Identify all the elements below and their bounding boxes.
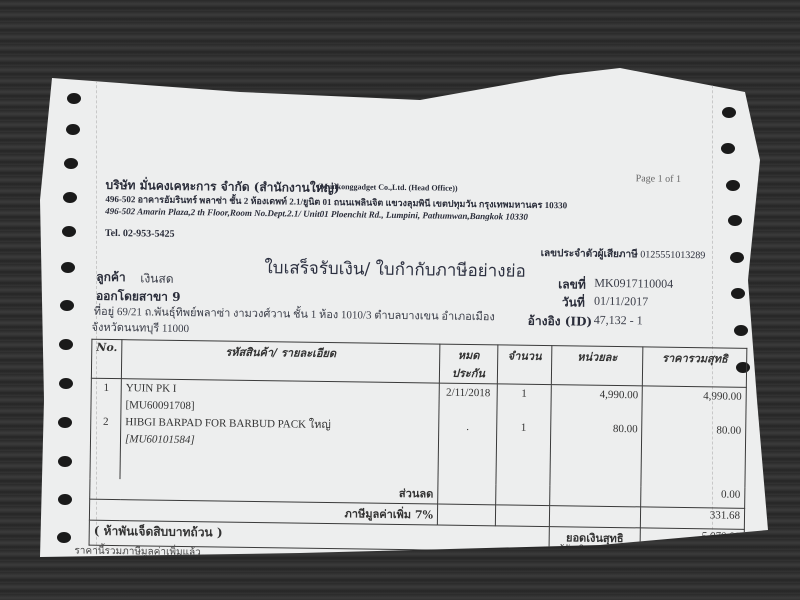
net-total-value: 5,070.00 [640,528,744,554]
date-label: วันที่ [562,293,585,312]
col-warranty: หมดประกัน [439,344,497,384]
items-table: No. รหัสสินค้า/ รายละเอียด หมดประกัน จำน… [89,339,748,555]
col-no: No. [91,339,122,378]
vat-included-note: ราคานี้รวมภาษีมูลค่าเพิ่มแล้ว [74,543,201,560]
no-cell: 1 2 [90,378,121,479]
row-2-qty: 1 [501,419,546,437]
checked-by-label: ผู้รับเงิน [700,540,733,555]
table-body: 1 2 YUIN PK I [MU60091708] HIBGI BARPAD … [90,378,746,488]
received-by-label: ผู้รับเงิน [558,542,591,557]
doc-number-label: เลขที่ [558,275,586,294]
page-indicator: Page 1 of 1 [636,173,681,185]
col-qty: จำนวน [497,345,551,385]
receipt-paper: Page 1 of 1 บริษัท มั่นคงเคหะการ จำกัด (… [0,0,800,600]
row-2-unit-price: 80.00 [555,420,638,438]
date-value: 01/11/2017 [594,294,648,310]
doc-number-value: MK0917110004 [594,276,673,292]
vat-value: 331.68 [641,507,745,529]
row-2-amount: 80.00 [647,421,742,439]
discount-value: 0.00 [641,486,745,508]
row-1-amount: 4,990.00 [647,387,742,405]
company-name-en: (Munkonggadget Co.,Ltd. (Head Office)) [318,182,458,193]
row-2-warranty: . [443,419,492,437]
row-2-no: 2 [95,414,116,431]
customer-label: ลูกค้า [96,268,126,287]
tax-id-row: เลขประจำตัวผู้เสียภาษี 0125551013289 [541,246,706,263]
unit-price-cell: 4,990.00 80.00 [550,385,643,487]
row-1-unit-price: 4,990.00 [555,386,638,404]
row-2-code: [MU60101584] [125,431,434,452]
amount-cell: 4,990.00 80.00 [641,386,746,488]
reference-value: 47,132 - 1 [594,313,643,329]
tractor-hole-icon [777,420,791,431]
warranty-cell: 2/11/2018 . [438,383,497,484]
tractor-hole-icon [780,508,794,519]
col-unit-price: หน่วยละ [551,346,643,386]
row-1-warranty: 2/11/2018 [444,385,493,403]
row-1-qty: 1 [502,385,547,403]
document-title: ใบเสร็จรับเงิน/ ใบกำกับภาษีอย่างย่อ [264,254,526,285]
qty-cell: 1 1 [496,384,551,485]
customer-province: จังหวัดนนทบุรี 11000 [91,318,189,337]
tax-id-value: 0125551013289 [640,249,705,261]
col-description: รหัสสินค้า/ รายละเอียด [121,340,439,383]
customer-value: เงินสด [140,269,174,288]
company-phone: Tel. 02-953-5425 [105,228,175,240]
reference-label: อ้างอิง (ID) [528,312,593,332]
description-cell: YUIN PK I [MU60091708] HIBGI BARPAD FOR … [120,379,439,484]
receipt-content: Page 1 of 1 บริษัท มั่นคงเคหะการ จำกัด (… [0,0,800,600]
col-amount: ราคารวมสุทธิ [643,347,747,387]
tractor-hole-icon [780,465,794,476]
row-1-no: 1 [96,380,117,397]
net-total-label: ยอดเงินสุทธิ [549,527,641,553]
tax-id-label: เลขประจำตัวผู้เสียภาษี [541,248,638,260]
